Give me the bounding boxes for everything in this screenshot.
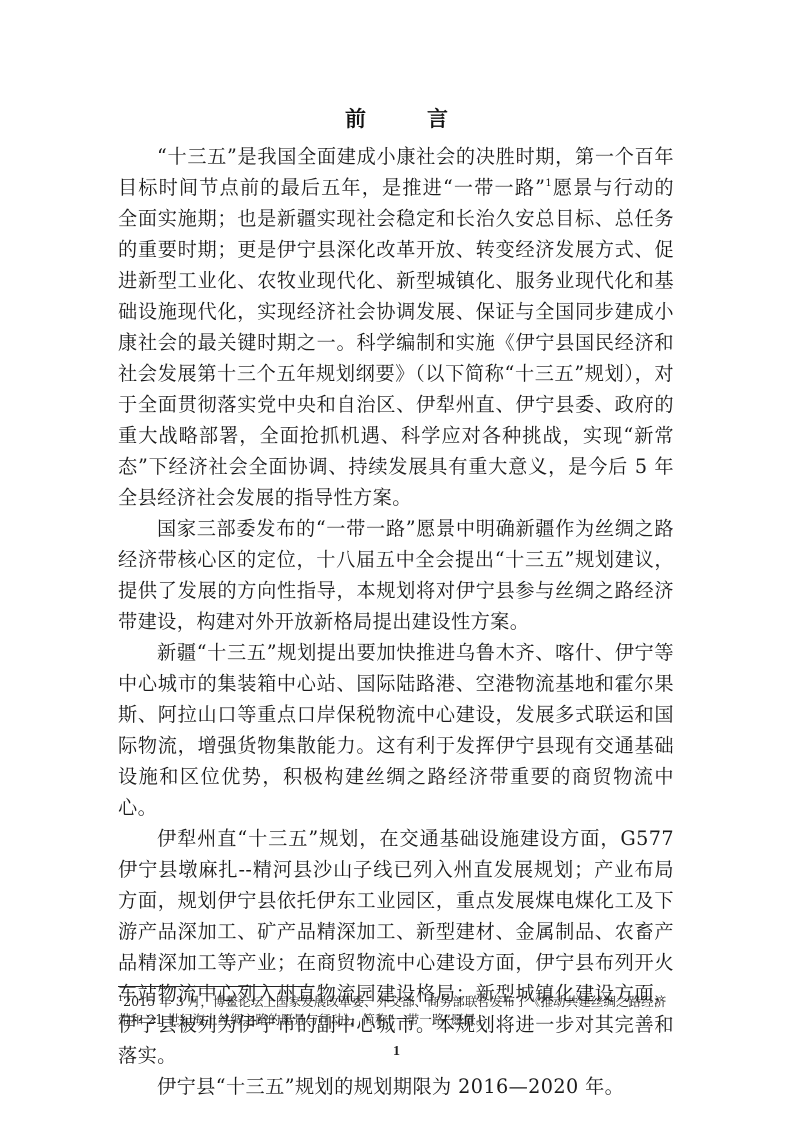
paragraph-3: 新疆“十三五”规划提出要加快推进乌鲁木齐、喀什、伊宁等中心城市的集装箱中心站、国… — [118, 637, 674, 823]
paragraph-2: 国家三部委发布的“一带一路”愿景中明确新疆作为丝绸之路经济带核心区的定位，十八届… — [118, 513, 674, 637]
page-number: 1 — [0, 1044, 793, 1060]
paragraph-5: 伊宁县“十三五”规划的规划期限为 2016—2020 年。 — [118, 1071, 674, 1102]
document-body: “十三五”是我国全面建成小康社会的决胜时期，第一个百年目标时间节点前的最后五年，… — [118, 141, 674, 1102]
paragraph-4: 伊犁州直“十三五”规划，在交通基础设施建设方面，G577 伊宁县墩麻扎--精河县… — [118, 823, 674, 1071]
footnote: 12015 年 3 月，博鳌论坛上国家发展改革委、外交部、商务部联合发布了《推动… — [118, 993, 678, 1029]
footnote-text: 2015 年 3 月，博鳌论坛上国家发展改革委、外交部、商务部联合发布了《推动共… — [118, 994, 666, 1027]
footnote-divider — [118, 986, 314, 987]
document-page: 前 言 “十三五”是我国全面建成小康社会的决胜时期，第一个百年目标时间节点前的最… — [0, 0, 793, 1122]
paragraph-1: “十三五”是我国全面建成小康社会的决胜时期，第一个百年目标时间节点前的最后五年，… — [118, 141, 674, 513]
paragraph-1-text-b: 愿景与行动的全面实施期；也是新疆实现社会稳定和长治久安总目标、总任务的重要时期；… — [118, 176, 674, 509]
page-title: 前 言 — [0, 103, 793, 133]
